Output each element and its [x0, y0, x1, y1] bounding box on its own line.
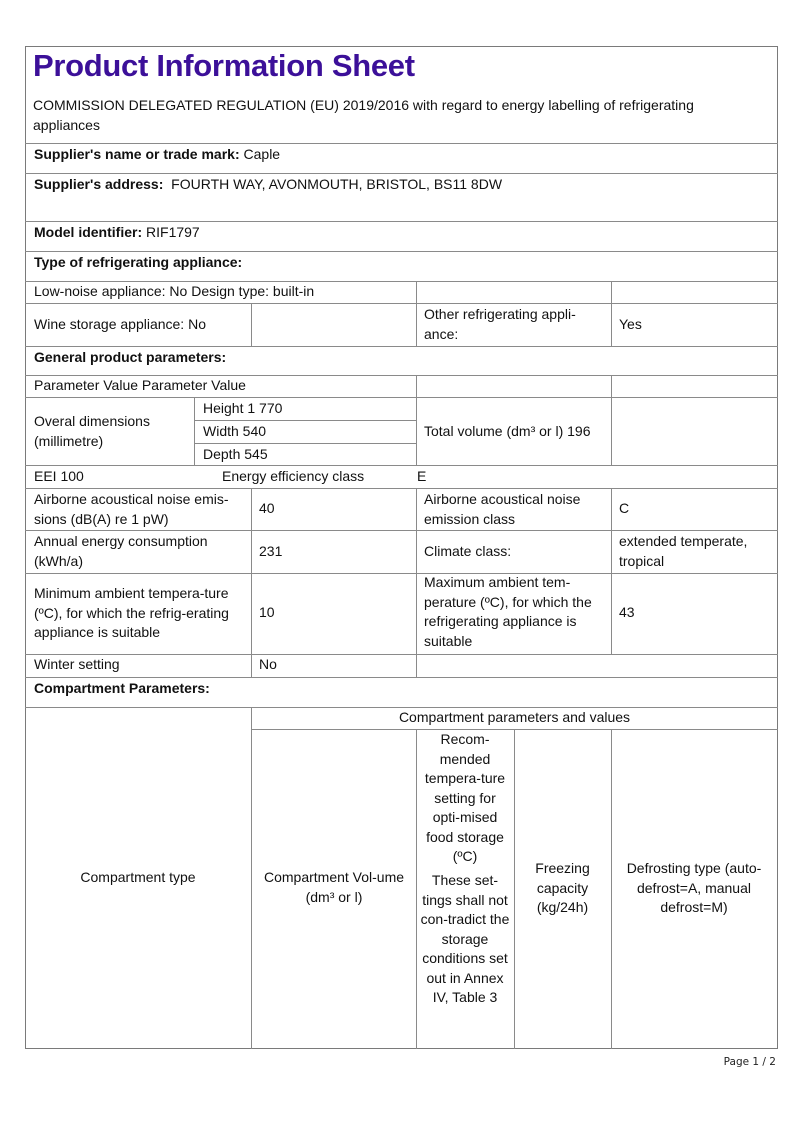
annual-energy-value: 231 — [259, 542, 282, 562]
winter-setting-label: Winter setting — [34, 655, 120, 675]
model-identifier-label: Model identifier: — [34, 224, 142, 240]
min-temp-label: Minimum ambient tempera-ture (ºC), for w… — [34, 584, 244, 643]
supplier-name-value: Caple — [244, 146, 281, 162]
divider — [25, 530, 778, 531]
compartment-parameters-heading: Compartment Parameters: — [34, 679, 210, 699]
divider — [25, 346, 778, 347]
parameter-header-row: Parameter Value Parameter Value — [34, 376, 246, 396]
height-value: Height 1 770 — [203, 399, 282, 419]
annual-energy-label: Annual energy consumption (kWh/a) — [34, 532, 249, 571]
low-noise-design-type: Low-noise appliance: No Design type: bui… — [34, 282, 314, 302]
compartment-type-header: Compartment type — [25, 868, 251, 888]
divider — [25, 303, 778, 304]
divider — [251, 303, 252, 346]
divider — [611, 375, 612, 465]
wine-storage-appliance: Wine storage appliance: No — [34, 315, 206, 335]
climate-class-label: Climate class: — [424, 542, 511, 562]
noise-emissions-label: Airborne acoustical noise emis-sions (dB… — [34, 490, 249, 529]
winter-setting-value: No — [259, 655, 277, 675]
model-identifier-value: RIF1797 — [146, 224, 200, 240]
noise-emissions-value: 40 — [259, 499, 275, 519]
divider — [251, 707, 252, 1049]
divider — [25, 465, 778, 466]
max-temp-value: 43 — [619, 603, 635, 623]
divider — [416, 281, 417, 346]
divider — [194, 443, 416, 444]
divider — [25, 221, 778, 222]
divider — [25, 143, 778, 144]
appliance-type-heading: Type of refrigerating appliance: — [34, 253, 242, 273]
divider — [611, 281, 612, 346]
supplier-address-value: FOURTH WAY, AVONMOUTH, BRISTOL, BS11 8DW — [171, 176, 502, 192]
divider — [251, 488, 252, 677]
divider — [514, 729, 515, 1049]
settings-note: These set-tings shall not con-tradict th… — [420, 871, 510, 1008]
divider — [416, 729, 417, 1049]
supplier-name-row: Supplier's name or trade mark: Caple — [34, 145, 280, 165]
regulation-text: COMMISSION DELEGATED REGULATION (EU) 201… — [33, 96, 753, 135]
min-temp-value: 10 — [259, 603, 275, 623]
noise-class-value: C — [619, 499, 629, 519]
supplier-name-label: Supplier's name or trade mark: — [34, 146, 240, 162]
divider — [25, 173, 778, 174]
divider — [194, 420, 416, 421]
defrosting-type-header: Defrosting type (auto-defrost=A, manual … — [615, 859, 773, 918]
divider — [25, 397, 778, 398]
model-identifier-row: Model identifier: RIF1797 — [34, 223, 200, 243]
depth-value: Depth 545 — [203, 445, 268, 465]
general-parameters-heading: General product parameters: — [34, 348, 226, 368]
divider — [25, 251, 778, 252]
compartment-volume-header: Compartment Vol-ume (dm³ or l) — [262, 868, 406, 907]
compartment-group-header: Compartment parameters and values — [251, 708, 778, 728]
divider — [25, 488, 778, 489]
other-appliance-value: Yes — [619, 315, 642, 335]
eei-value: EEI 100 — [34, 467, 84, 487]
noise-class-label: Airborne acoustical noise emission class — [424, 490, 604, 529]
page-title: Product Information Sheet — [33, 48, 415, 84]
other-appliance-label: Other refrigerating appli-ance: — [424, 305, 604, 344]
overall-dimensions-label: Overal dimensions (millimetre) — [34, 412, 189, 451]
divider — [611, 488, 612, 654]
freezing-capacity-header: Freezing capacity (kg/24h) — [518, 859, 607, 918]
divider — [416, 654, 417, 677]
supplier-address-row: Supplier's address: FOURTH WAY, AVONMOUT… — [34, 175, 502, 195]
divider — [611, 729, 612, 1049]
divider — [416, 488, 417, 654]
energy-class-value: E — [417, 467, 426, 487]
total-volume: Total volume (dm³ or l) 196 — [424, 422, 591, 442]
divider — [194, 397, 195, 465]
energy-class-label: Energy efficiency class — [222, 467, 364, 487]
width-value: Width 540 — [203, 422, 266, 442]
divider — [25, 654, 778, 655]
page-number: Page 1 / 2 — [724, 1056, 776, 1068]
divider — [25, 677, 778, 678]
max-temp-label: Maximum ambient tem-perature (ºC), for w… — [424, 573, 604, 651]
climate-class-value: extended temperate, tropical — [619, 532, 774, 571]
divider — [25, 573, 778, 574]
divider — [416, 375, 417, 465]
supplier-address-label: Supplier's address: — [34, 176, 163, 192]
recommended-temp-header: Recom-mended tempera-ture setting for op… — [420, 730, 510, 867]
